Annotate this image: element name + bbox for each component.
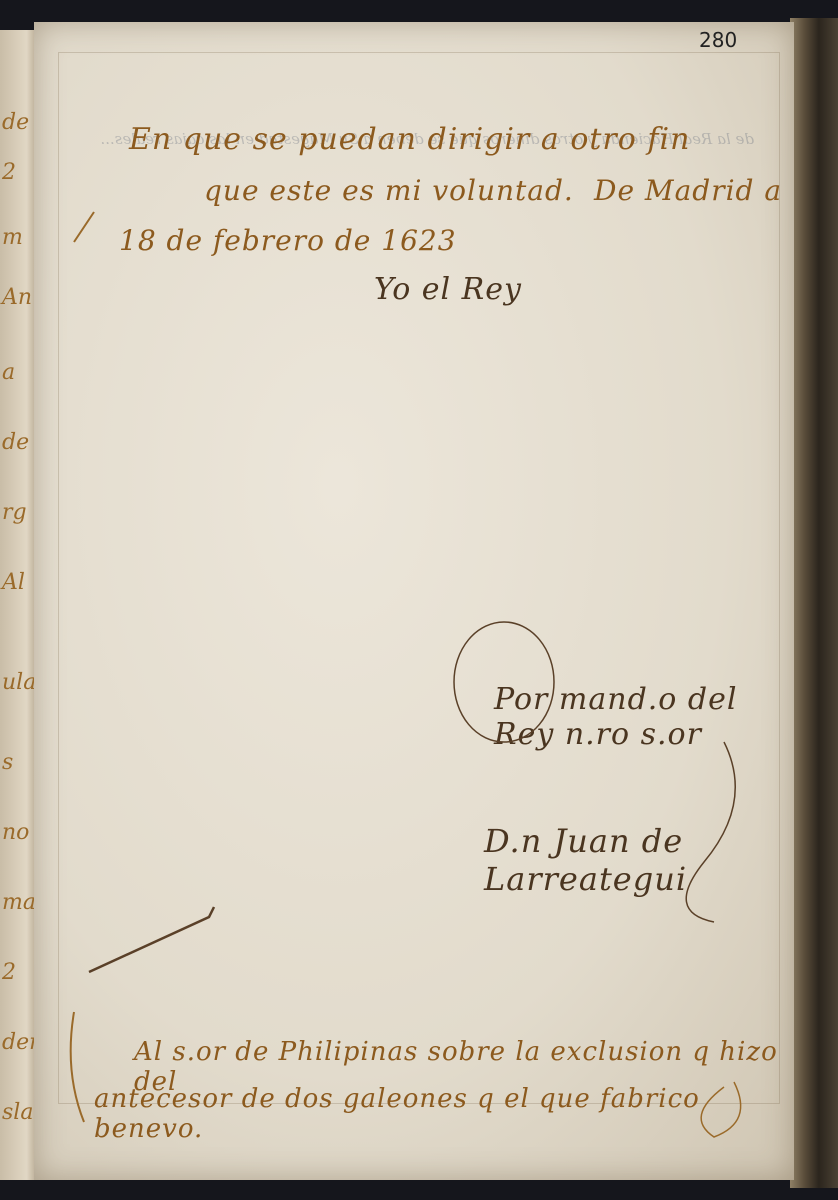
- manuscript-page: de la Real Hacienda y otros dineros que …: [34, 22, 794, 1180]
- book-spine-edge: [790, 18, 838, 1188]
- left-fragment: 2: [2, 160, 16, 185]
- left-fragment: 2: [2, 960, 16, 985]
- left-fragment: Al: [2, 570, 25, 595]
- left-fragment: ula: [2, 670, 36, 695]
- left-facing-page: de 2 m An a de rg Al ula s no ma 2 der s…: [0, 30, 38, 1180]
- left-fragment: de: [2, 430, 29, 455]
- signature-flourishes: [34, 22, 794, 1180]
- left-fragment: An: [2, 285, 32, 310]
- left-fragment: de: [2, 110, 29, 135]
- left-fragment: s: [2, 750, 13, 775]
- left-fragment: no: [2, 820, 29, 845]
- left-fragment: ma: [2, 890, 36, 915]
- left-fragment: sla: [2, 1100, 33, 1125]
- left-fragment: rg: [2, 500, 27, 525]
- left-fragment: m: [2, 225, 23, 250]
- left-fragment: a: [2, 360, 15, 385]
